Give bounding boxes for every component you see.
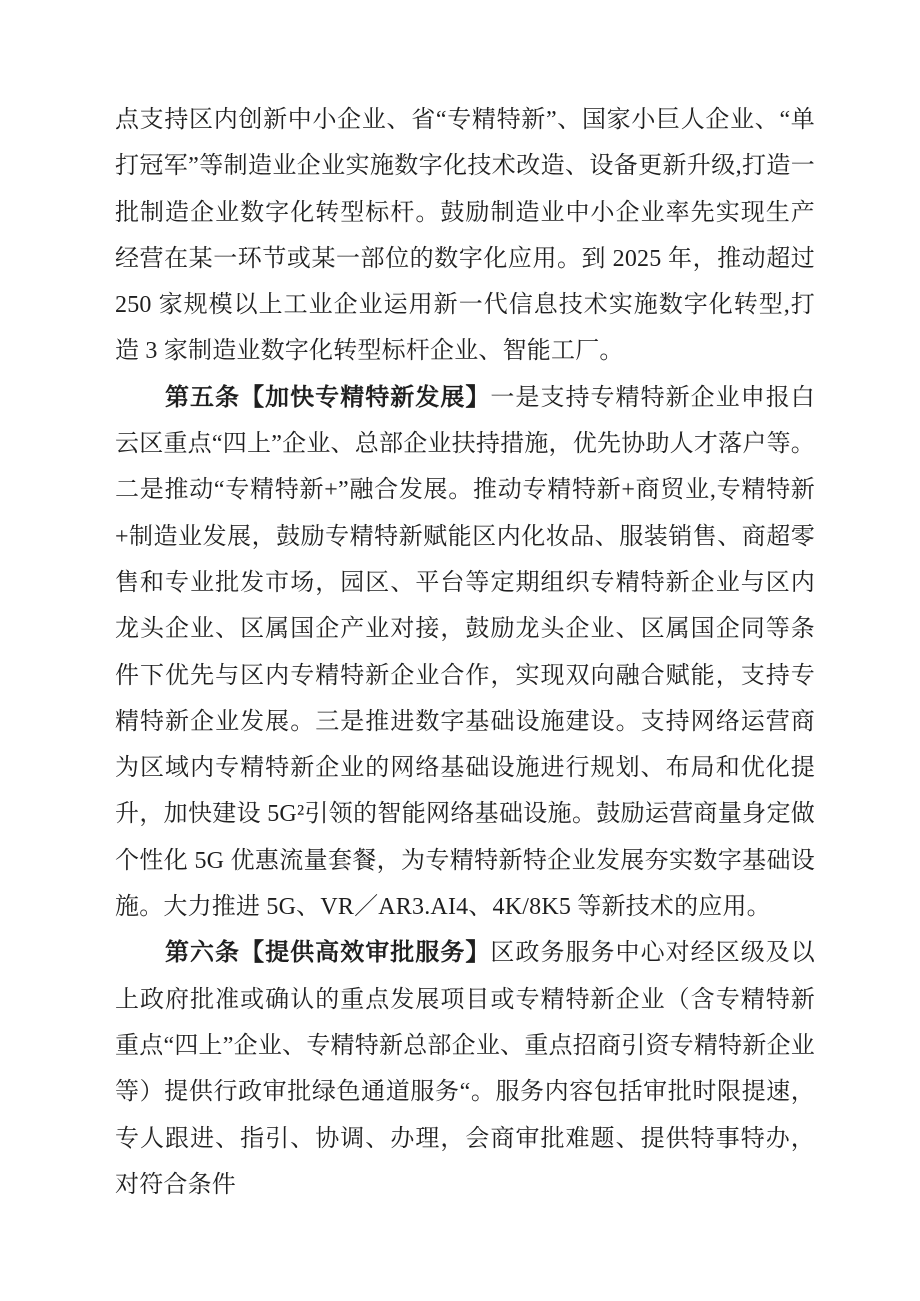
article-5-heading: 第五条【加快专精特新发展】: [165, 385, 490, 411]
paragraph-continuation-text: 点支持区内创新中小企业、省“专精特新”、国家小巨人企业、“单打冠军”等制造业企业…: [115, 107, 815, 364]
article-5-body-text: 一是支持专精特新企业申报白云区重点“四上”企业、总部企业扶持措施，优先协助人才落…: [115, 385, 815, 920]
paragraph-article-5: 第五条【加快专精特新发展】一是支持专精特新企业申报白云区重点“四上”企业、总部企…: [115, 375, 815, 931]
article-6-body-text: 区政务服务中心对经区级及以上政府批准或确认的重点发展项目或专精特新企业（含专精特…: [115, 940, 815, 1197]
paragraph-article-6: 第六条【提供高效审批服务】区政务服务中心对经区级及以上政府批准或确认的重点发展项…: [115, 930, 815, 1208]
document-page: 点支持区内创新中小企业、省“专精特新”、国家小巨人企业、“单打冠军”等制造业企业…: [0, 0, 920, 1301]
article-6-heading: 第六条【提供高效审批服务】: [165, 940, 490, 966]
paragraph-continuation: 点支持区内创新中小企业、省“专精特新”、国家小巨人企业、“单打冠军”等制造业企业…: [115, 97, 815, 375]
